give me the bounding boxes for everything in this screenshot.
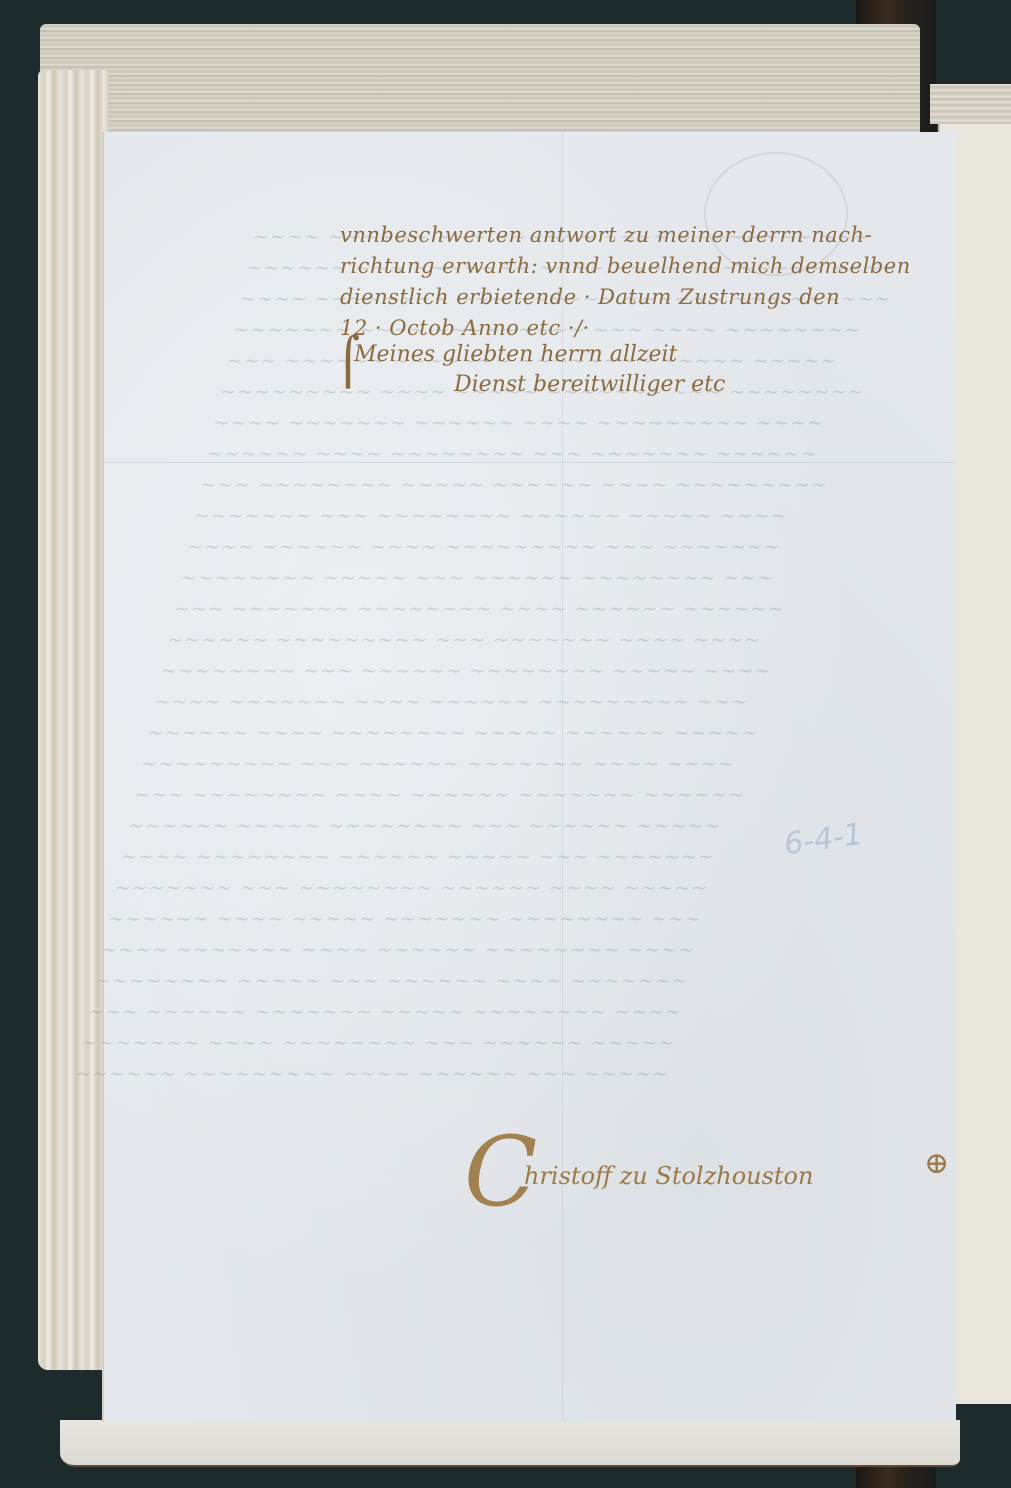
letter-closing: ⌠ Meines gliebten herrn allzeit Dienst b… <box>354 340 794 400</box>
facing-page-top-edge <box>930 84 1011 124</box>
letter-line: dienstlich erbietende · Datum Zustrungs … <box>340 282 880 313</box>
closing-line: Meines gliebten herrn allzeit <box>354 340 794 370</box>
page-stack-left-edge <box>38 70 108 1370</box>
closing-bracket-mark: ⌠ <box>336 338 360 384</box>
letter-body: vnnbeschwerten antwort zu meiner derrn n… <box>340 220 880 344</box>
signature-mark-icon: ⊕ <box>924 1146 949 1181</box>
page-stack-top-edge <box>40 24 920 144</box>
letter-line: vnnbeschwerten antwort zu meiner derrn n… <box>340 220 880 251</box>
signature-name: hristoff zu Stolzhouston <box>524 1162 813 1190</box>
manuscript-leaf: ~~~~ ~~~~~~ ~~~ ~~~~~~ ~~~~ ~~~~~~~~ ~~~… <box>104 132 956 1422</box>
page-stack-bottom-edge <box>60 1420 960 1467</box>
closing-line: Dienst bereitwilliger etc <box>354 370 794 400</box>
letter-line: richtung erwarth: vnnd beuelhend mich de… <box>340 251 880 282</box>
